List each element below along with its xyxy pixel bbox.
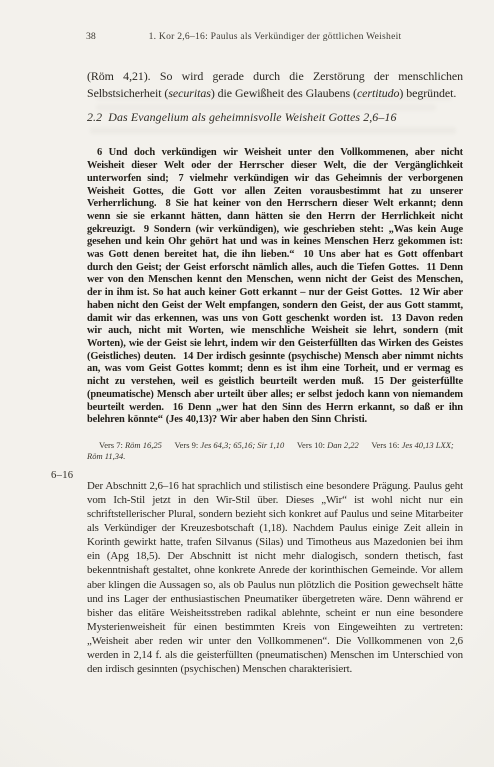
text-run (284, 440, 297, 450)
verse-number: 12 (409, 287, 419, 298)
verse-number: 10 (303, 249, 313, 260)
verse-number: 16 (173, 402, 183, 413)
book-page-scan: 38 1. Kor 2,6–16: Paulus als Verkündiger… (0, 0, 494, 767)
italic-text: securitas (168, 86, 211, 100)
commentary-margin-label: 6–16 (51, 470, 73, 481)
verse-number: 14 (183, 351, 193, 362)
scan-showthrough (90, 127, 456, 134)
verse-number: 11 (427, 262, 437, 273)
italic-text: certitudo (357, 86, 399, 100)
text-run (359, 440, 372, 450)
text-run (162, 440, 175, 450)
verse-number: 15 (374, 376, 384, 387)
section-heading: 2.2 Das Evangelium als geheimnisvolle We… (87, 110, 463, 125)
text-run: Vers 16: (371, 440, 401, 450)
cross-references: Vers 7: Röm 16,25 Vers 9: Jes 64,3; 65,1… (87, 440, 467, 462)
running-title: 1. Kor 2,6–16: Paulus als Verkündiger de… (88, 31, 462, 42)
italic-text: Dan 2,22 (327, 440, 359, 450)
italic-text: Jes 64,3; 65,16; Sir 1,10 (200, 440, 284, 450)
verse-number: 13 (391, 313, 401, 324)
italic-text: Röm 16,25 (125, 440, 162, 450)
text-run: ) begründet. (399, 86, 456, 100)
text-run: Vers 10: (297, 440, 327, 450)
verse-translation-block: 6 Und doch verkündigen wir Weisheit unte… (87, 147, 463, 426)
text-run: ) die Gewißheit des Glaubens ( (211, 86, 357, 100)
intro-paragraph: (Röm 4,21). So wird gerade durch die Zer… (87, 68, 463, 102)
commentary-paragraph: Der Abschnitt 2,6–16 hat sprachlich und … (87, 479, 463, 676)
text-run: Vers 7: (99, 440, 125, 450)
text-run: Vers 9: (174, 440, 200, 450)
